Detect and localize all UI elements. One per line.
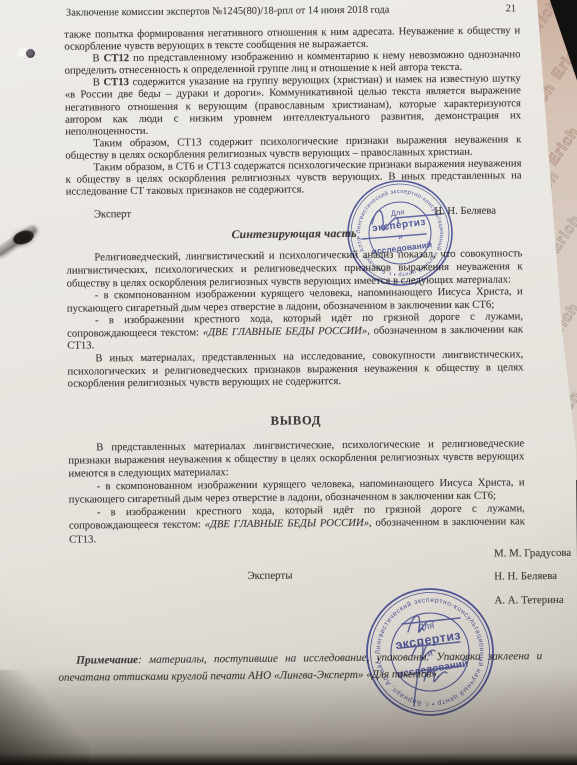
text-segment: Религиоведческий, лингвистический и псих… [66,248,522,290]
expert-name: Н. Н. Беляева [434,205,496,218]
punch-hole-shadow [26,49,35,58]
synthesis-heading: Синтезирующая часть [66,226,522,243]
expert-signature-row: Эксперт Н. Н. Беляева [66,205,522,221]
text-segment: «ДВЕ ГЛАВНЫЕ БЕДЫ РОССИИ» [203,325,367,339]
paragraph: - в изображении крестного хода, который … [67,311,523,353]
page-header: Заключение комиссии экспертов №1245(80)/… [64,3,520,18]
expert-name: М. М. Градусова [494,541,571,565]
text-segment: СТ13 [103,76,129,88]
experts-signature-block: Эксперты М. М. Градусова Н. Н. Беляева А… [69,550,526,640]
section-synthesis: Религиоведческий, лингвистический и псих… [66,248,523,391]
expert-label: Эксперт [94,208,131,220]
text-segment: «ДВЕ ГЛАВНЫЕ БЕДЫ РОССИИ» [205,517,369,531]
text-segment: - в скомпонованном изображении курящего … [69,476,525,505]
paragraph: В представленных материалах лингвистичес… [68,437,524,481]
conclusion-heading: ВЫВОД [68,411,524,430]
experts-label: Эксперты [247,569,292,581]
text-segment: В представленных материалах лингвистичес… [68,437,524,480]
watermark-text: Erich [544,124,577,169]
text-segment: - в скомпонованном изображении курящего … [67,285,523,314]
paragraph: Религиоведческий, лингвистический и псих… [66,248,522,290]
paragraph: В иных материалах, представленных на исс… [67,348,523,390]
page-number: 21 [506,3,520,14]
experts-names: М. М. Градусова Н. Н. Беляева А. А. Тете… [494,541,572,612]
paragraph: - в изображении крестного хода, который … [69,503,525,547]
paragraph: В СТ13 содержится указание на группу вер… [65,73,522,138]
section-top: также попытка формирования негативного о… [64,24,522,198]
document-photo: Erich Erich Erich Erich Erich Erich Eric… [0,0,577,765]
expert-name: А. А. Тетерина [494,588,571,612]
page-content: Заключение комиссии экспертов №1245(80)/… [0,0,577,765]
note-paragraph: Примечание: материалы, поступившие на ис… [58,648,542,688]
text-segment: В [92,52,103,64]
text-segment: Таким образом, в СТ6 и СТ13 содержатся п… [66,157,522,198]
section-conclusion: В представленных материалах лингвистичес… [68,437,525,546]
text-segment: В [93,77,104,89]
text-segment: содержится указание на группу верующих (… [65,73,521,138]
text-segment: В иных материалах, представленных на исс… [67,348,523,390]
paper-sheet: Заключение комиссии экспертов №1245(80)/… [0,0,577,765]
text-segment: СТ12 [104,52,130,64]
note-label: Примечание [76,654,138,667]
header-title: Заключение комиссии экспертов №1245(80)/… [64,5,389,19]
expert-name: Н. Н. Беляева [494,565,571,589]
paragraph: Таким образом, в СТ6 и СТ13 содержатся п… [65,157,521,198]
